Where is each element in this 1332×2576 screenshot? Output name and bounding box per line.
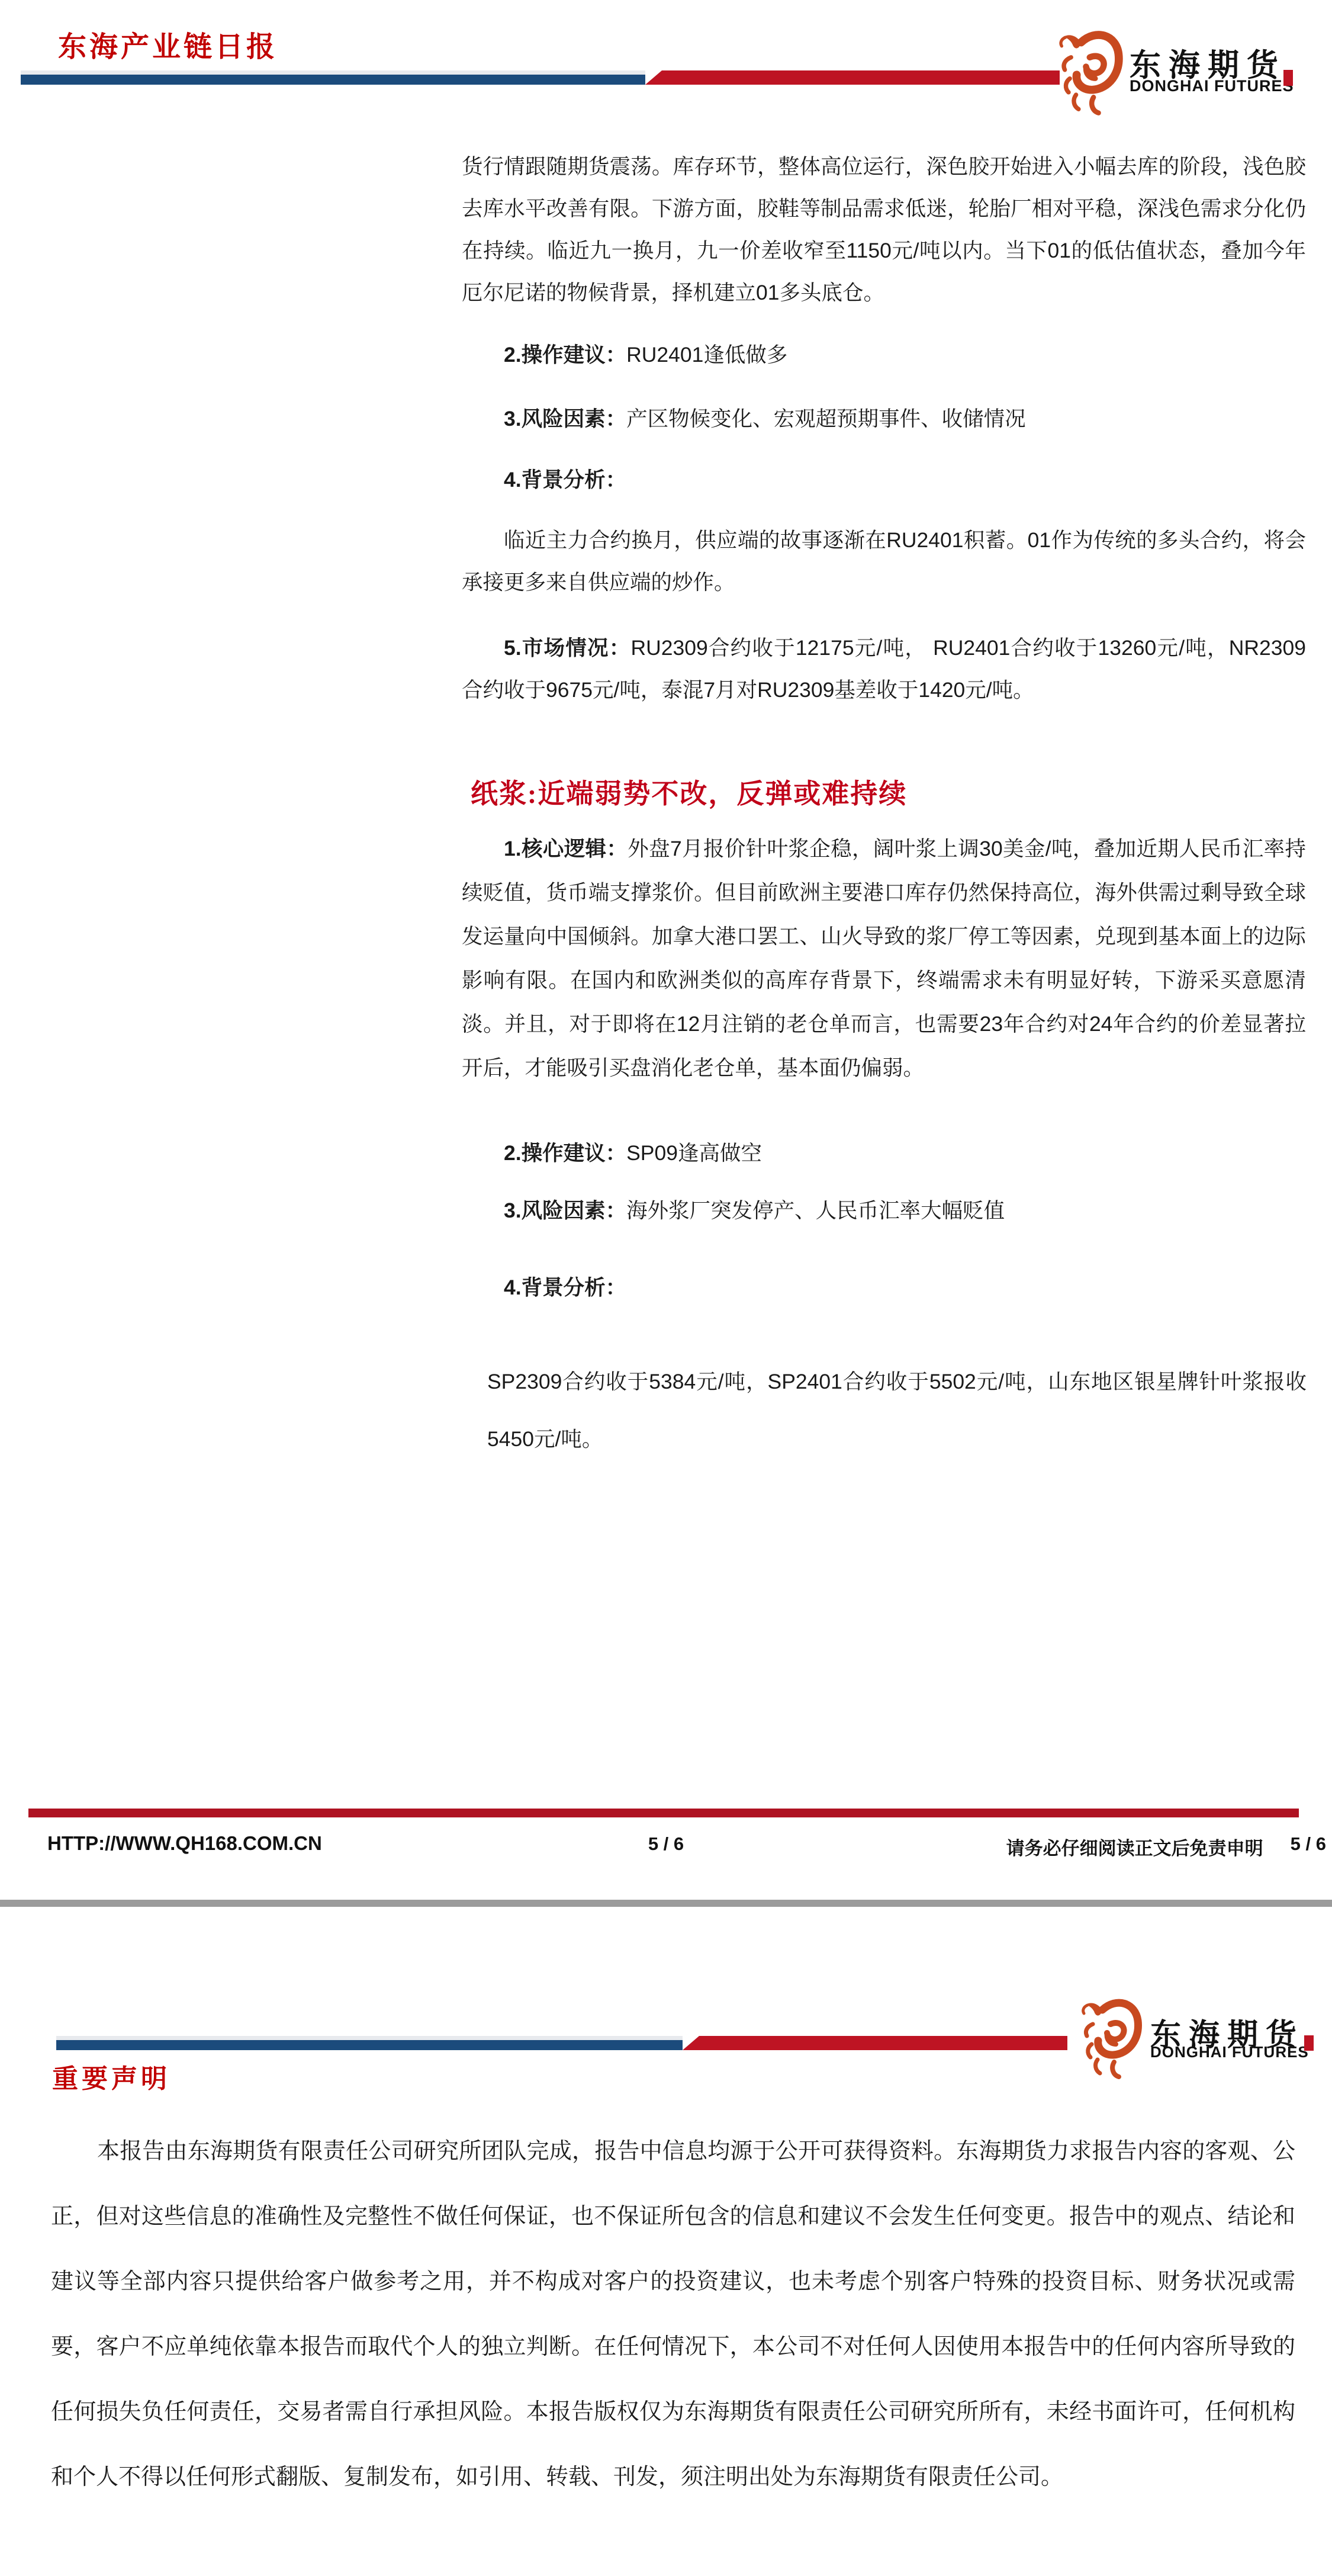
pulp-core-logic-paragraph: 1.核心逻辑：外盘7月报价针叶浆企稳，阔叶浆上调30美金/吨，叠加近期人民币汇率… (462, 827, 1306, 1090)
footer-page-number-right: 5 / 6 (1291, 1833, 1326, 1860)
logo-red-cap (1283, 70, 1293, 86)
header-rule-red (645, 70, 1060, 85)
item-label: 4.背景分析： (504, 468, 626, 492)
page-title: 东海产业链日报 (58, 32, 278, 63)
rubber-item-advice: 2.操作建议：RU2401逢低做多 (462, 334, 1306, 376)
item-text: RU2401逢低做多 (626, 343, 787, 367)
header2-rule-highlight (56, 2036, 683, 2040)
page-separator (0, 1900, 1332, 1907)
rubber-item-background: 4.背景分析： (462, 459, 1306, 501)
rubber-continuation-paragraph: 货行情跟随期货震荡。库存环节，整体高位运行，深色胶开始进入小幅去库的阶段，浅色胶… (462, 146, 1306, 314)
header-rule-highlight (21, 70, 645, 75)
donghai-dragon-icon (1080, 1993, 1145, 2081)
rubber-item-risk: 3.风险因素：产区物候变化、宏观超预期事件、收储情况 (462, 398, 1306, 440)
logo-red-cap (1304, 2035, 1314, 2051)
item-label: 4.背景分析： (504, 1276, 626, 1299)
item-text: 外盘7月报价针叶浆企稳，阔叶浆上调30美金/吨，叠加近期人民币汇率持续贬值，货币… (462, 837, 1306, 1080)
item-label: 2.操作建议： (504, 1141, 626, 1165)
pulp-market-paragraph: SP2309合约收于5384元/吨，SP2401合约收于5502元/吨，山东地区… (487, 1353, 1307, 1468)
pulp-item-risk: 3.风险因素：海外浆厂突发停产、人民币汇率大幅贬值 (462, 1190, 1306, 1232)
item-text: 海外浆厂突发停产、人民币汇率大幅贬值 (626, 1199, 1005, 1222)
item-label: 5.市场情况： (504, 636, 630, 660)
item-text: SP09逢高做空 (626, 1141, 762, 1165)
report-document: 东海产业链日报 东海期货 DONGHAI FUTURES 货行情跟随期货震荡。库… (0, 0, 1332, 2576)
pulp-item-background: 4.背景分析： (462, 1267, 1306, 1309)
item-label: 1.核心逻辑： (504, 837, 628, 860)
logo-en-text: DONGHAI FUTURES (1150, 2043, 1309, 2061)
footer-disclaimer-notice: 请务必仔细阅读正文后免责申明 (1006, 1833, 1263, 1860)
logo-en-text: DONGHAI FUTURES (1130, 77, 1294, 95)
pulp-section-heading: 纸浆:近端弱势不改，反弹或难持续 (471, 772, 907, 811)
rubber-background-paragraph: 临近主力合约换月，供应端的故事逐渐在RU2401积蓄。01作为传统的多头合约，将… (462, 519, 1306, 603)
item-text: 产区物候变化、宏观超预期事件、收储情况 (626, 407, 1026, 431)
item-label: 3.风险因素： (504, 1199, 626, 1222)
header2-rule-blue (56, 2040, 683, 2050)
important-statement-heading: 重要声明 (52, 2057, 170, 2095)
footer-right-group: 请务必仔细阅读正文后免责申明 5 / 6 (1006, 1833, 1326, 1860)
rubber-market-paragraph: 5.市场情况：RU2309合约收于12175元/吨， RU2401合约收于132… (462, 627, 1306, 711)
item-label: 2.操作建议： (504, 343, 626, 367)
disclaimer-paragraph: 本报告由东海期货有限责任公司研究所团队完成，报告中信息均源于公开可获得资料。东海… (51, 2119, 1295, 2510)
header-rule-blue (21, 75, 645, 85)
item-label: 3.风险因素： (504, 407, 626, 431)
footer-rule (28, 1809, 1299, 1817)
pulp-item-advice: 2.操作建议：SP09逢高做空 (462, 1132, 1306, 1174)
donghai-dragon-icon (1057, 25, 1126, 117)
header2-rule-red (683, 2036, 1067, 2050)
